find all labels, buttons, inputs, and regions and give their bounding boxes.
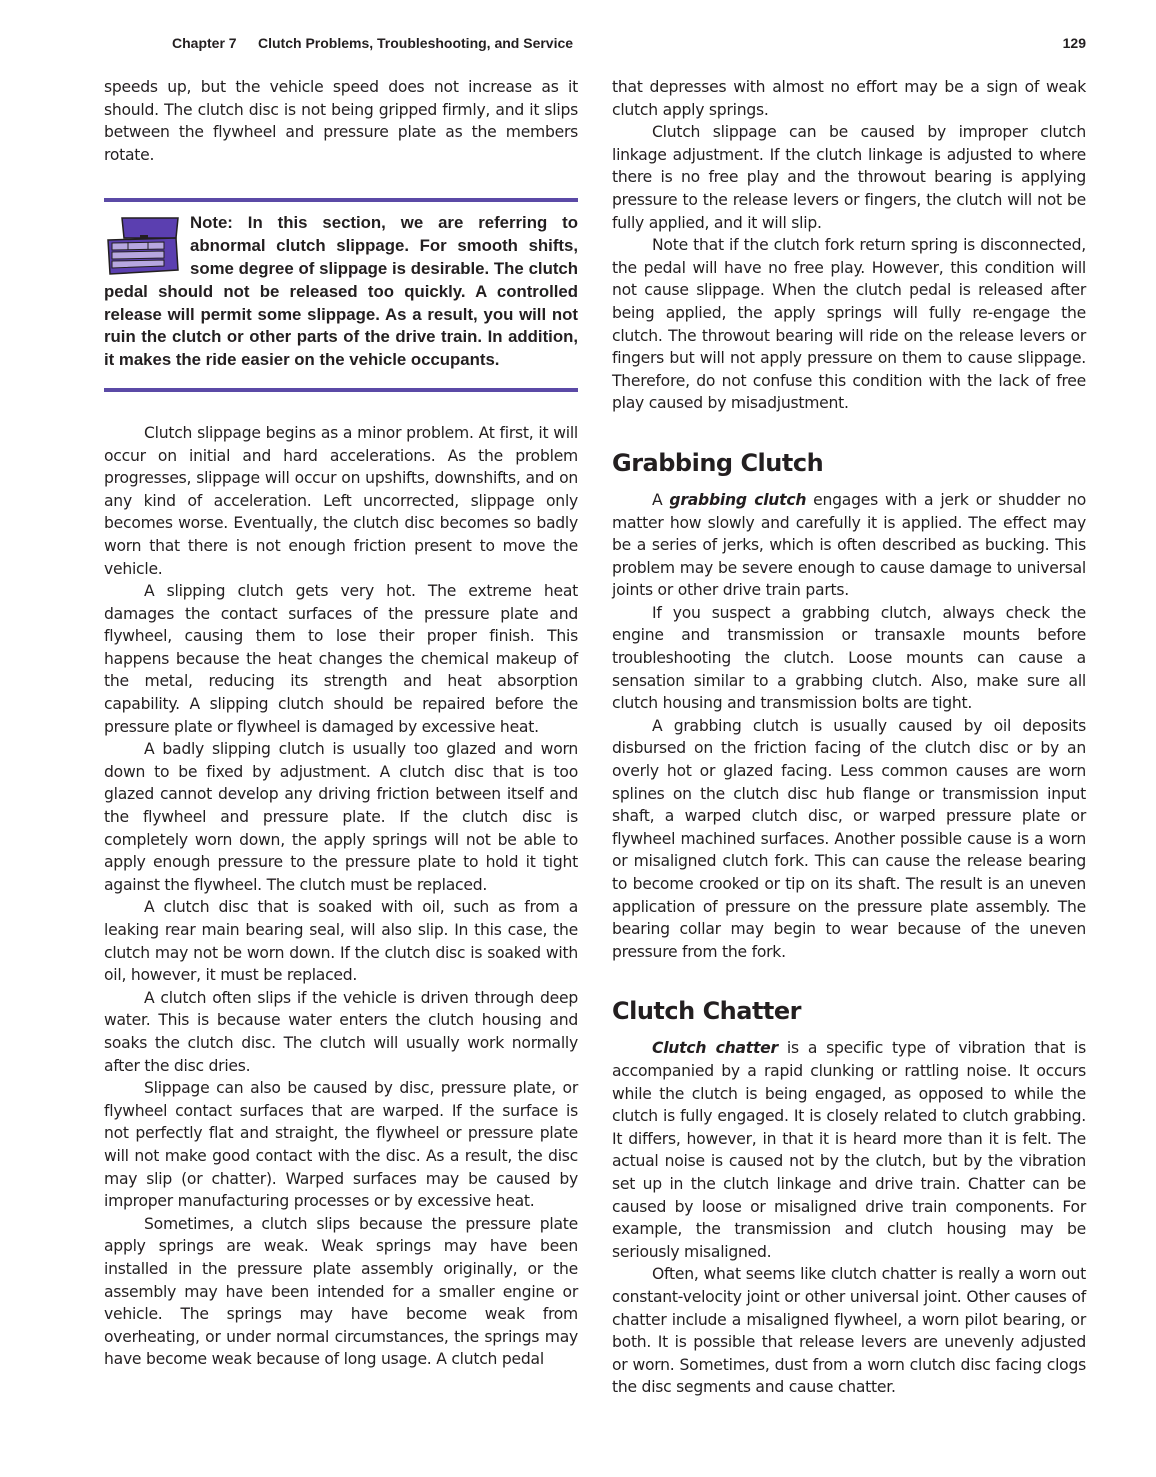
text-run: is a specific type of vibration that is … — [612, 1039, 1086, 1260]
paragraph-continued: speeds up, but the vehicle speed does no… — [104, 76, 578, 166]
paragraph: A slipping clutch gets very hot. The ext… — [104, 580, 578, 738]
paragraph-continued: that depresses with almost no effort may… — [612, 76, 1086, 121]
key-term: Clutch chatter — [652, 1039, 778, 1057]
paragraph: A clutch often slips if the vehicle is d… — [104, 987, 578, 1077]
chapter-label: Chapter 7 — [172, 35, 237, 51]
book-page: Chapter 7 Clutch Problems, Troubleshooti… — [0, 0, 1156, 1477]
note-box: Note: In this section, we are referring … — [104, 198, 578, 392]
key-term: grabbing clutch — [669, 491, 806, 509]
paragraph: Sometimes, a clutch slips because the pr… — [104, 1213, 578, 1371]
running-header: Chapter 7 Clutch Problems, Troubleshooti… — [172, 35, 1086, 55]
paragraph: A clutch disc that is soaked with oil, s… — [104, 896, 578, 986]
chapter-title: Clutch Problems, Troubleshooting, and Se… — [258, 35, 573, 51]
paragraph: Often, what seems like clutch chatter is… — [612, 1263, 1086, 1399]
paragraph: A grabbing clutch is usually caused by o… — [612, 715, 1086, 964]
paragraph: If you suspect a grabbing clutch, always… — [612, 602, 1086, 715]
paragraph: Clutch chatter is a specific type of vib… — [612, 1037, 1086, 1263]
right-column: that depresses with almost no effort may… — [612, 76, 1086, 1399]
left-column: speeds up, but the vehicle speed does no… — [104, 76, 578, 1371]
text-run: A — [652, 491, 669, 509]
toolbox-icon — [104, 216, 184, 276]
section-heading-clutch-chatter: Clutch Chatter — [612, 997, 1086, 1025]
paragraph: Clutch slippage begins as a minor proble… — [104, 422, 578, 580]
paragraph: Note that if the clutch fork return spri… — [612, 234, 1086, 415]
page-number: 129 — [1063, 35, 1086, 51]
paragraph: Slippage can also be caused by disc, pre… — [104, 1077, 578, 1213]
paragraph: A badly slipping clutch is usually too g… — [104, 738, 578, 896]
section-heading-grabbing-clutch: Grabbing Clutch — [612, 449, 1086, 477]
paragraph: A grabbing clutch engages with a jerk or… — [612, 489, 1086, 602]
paragraph: Clutch slippage can be caused by imprope… — [612, 121, 1086, 234]
